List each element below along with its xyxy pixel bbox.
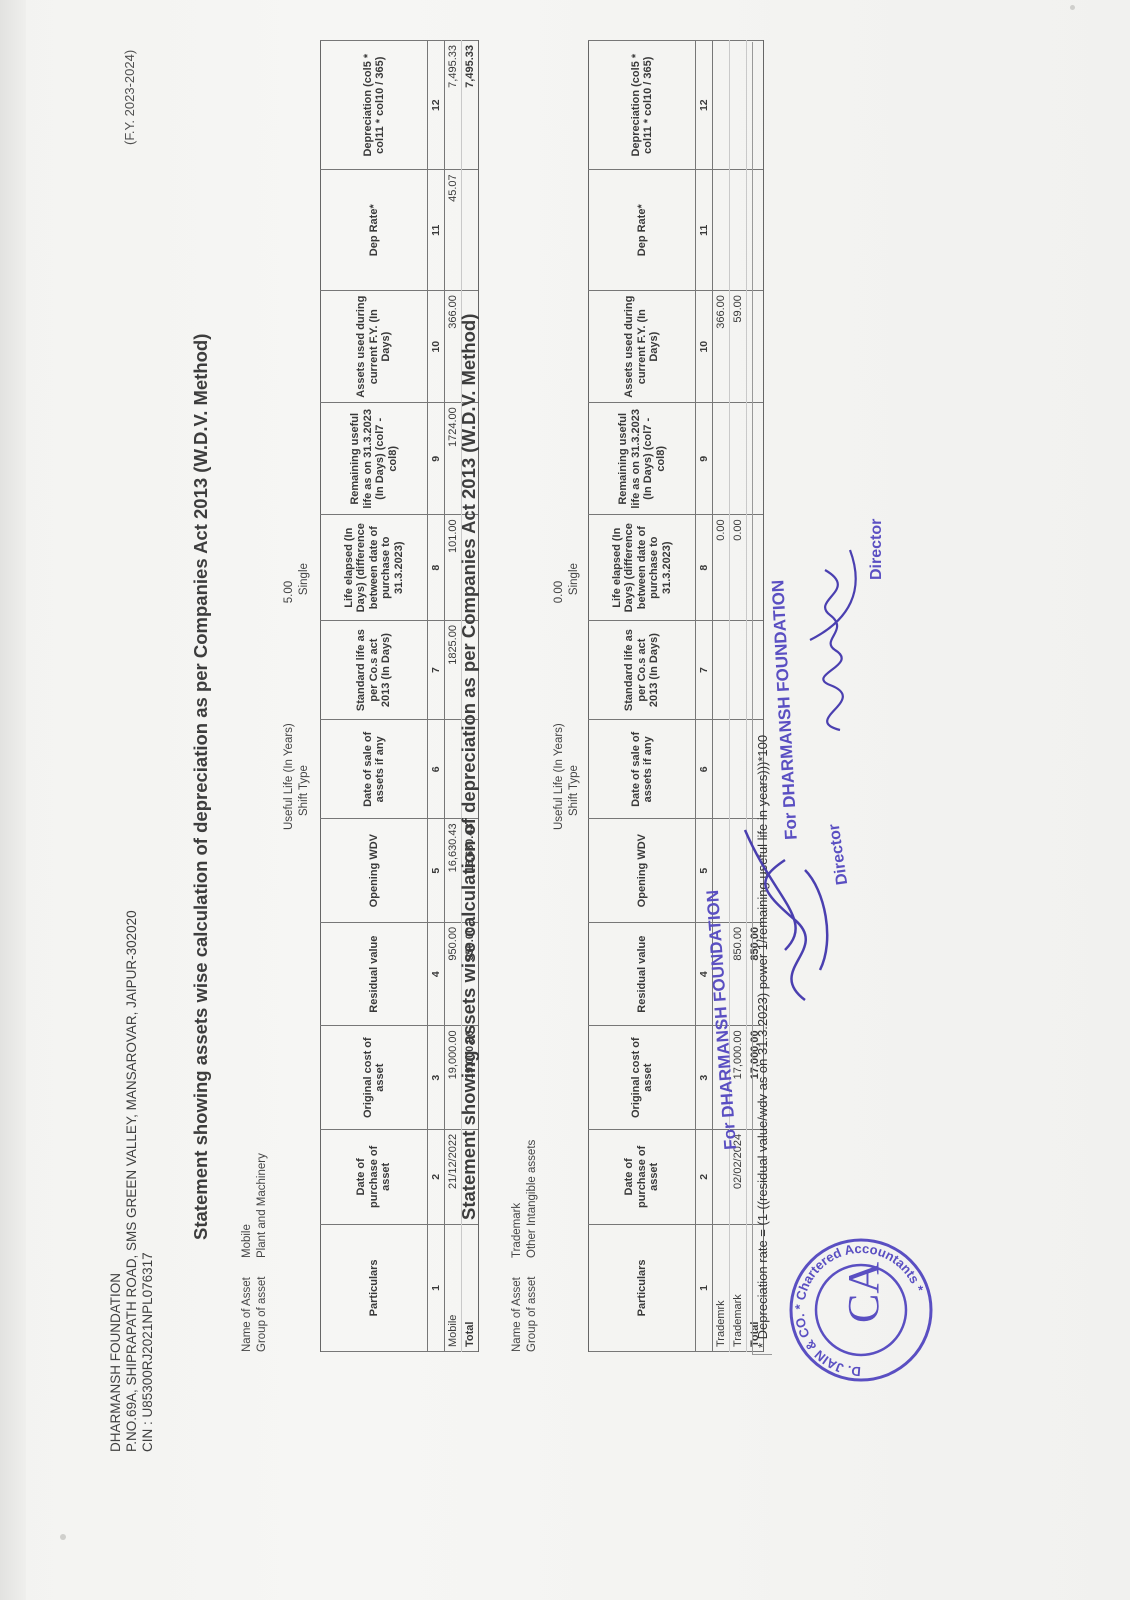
company-address: P.NO.69A, SHIPRAPATH ROAD, SMS GREEN VAL… (124, 910, 140, 1452)
name-of-asset-value: Trademark (511, 1203, 523, 1258)
table-cell (730, 41, 747, 170)
group-of-asset-label: Group of asset (525, 1258, 540, 1352)
asset-meta-1: Name of AssetMobile Group of assetPlant … (240, 1153, 270, 1352)
column-header: Standard life as per Co.s act 2013 (In D… (589, 621, 696, 720)
group-of-asset-label: Group of asset (255, 1258, 270, 1352)
column-header: Date of sale of assets if any (321, 720, 428, 819)
column-header: Assets used during current F.Y. (In Days… (321, 291, 428, 403)
table-cell (713, 403, 730, 515)
asset-meta-2: Name of AssetTrademark Group of assetOth… (510, 1140, 540, 1352)
column-header: Original cost of asset (589, 1026, 696, 1130)
column-header: Standard life as per Co.s act 2013 (In D… (321, 621, 428, 720)
director-signature-1 (735, 820, 845, 1010)
auditor-stamp-icon: D. JAIN & CO. * Chartered Accountants * … (786, 1235, 936, 1385)
useful-life-value: 0.00 (553, 581, 565, 603)
table-cell: 0.00 (730, 515, 747, 621)
useful-life-meta-2: Useful Life (In Years)0.00 Shift TypeSin… (552, 563, 582, 830)
useful-life-value: 5.00 (283, 581, 295, 603)
column-number: 2 (696, 1129, 713, 1224)
column-number: 5 (428, 819, 445, 923)
useful-life-label: Useful Life (In Years) (553, 723, 565, 830)
column-number: 4 (428, 922, 445, 1026)
column-number: 10 (696, 291, 713, 403)
column-number: 8 (428, 515, 445, 621)
column-number: 9 (428, 403, 445, 515)
column-header: Dep Rate* (321, 170, 428, 291)
shift-type-label: Shift Type (568, 765, 580, 816)
depreciation-rate-footnote: * Depreciation rate = (1-((residual valu… (752, 42, 772, 1355)
column-number: 12 (428, 41, 445, 170)
table-row: Trademark02/02/202417,000.00850.000.0059… (730, 41, 747, 1352)
company-cin: CIN : U85300RJ2021NPL076317 (140, 910, 156, 1452)
table-cell (730, 403, 747, 515)
svg-text:CA: CA (839, 1262, 888, 1323)
column-number: 11 (696, 170, 713, 291)
column-header: Assets used during current F.Y. (In Days… (589, 291, 696, 403)
statement-title-2: Statement showing assets wise calculatio… (458, 314, 480, 1220)
table-cell (730, 621, 747, 720)
shift-type-value: Single (298, 563, 310, 595)
column-header: Residual value (321, 922, 428, 1026)
table-cell (713, 720, 730, 819)
useful-life-label: Useful Life (In Years) (283, 723, 295, 830)
scan-edge (0, 0, 26, 1600)
column-header: Depreciation (col5 * col11 * col10 / 365… (589, 41, 696, 170)
name-of-asset-label: Name of Asset (510, 1258, 525, 1352)
shift-type-label: Shift Type (298, 765, 310, 816)
table-cell: Mobile (445, 1224, 462, 1351)
scan-speck (60, 1534, 66, 1540)
group-of-asset-value: Other Intangible assets (526, 1140, 538, 1258)
column-number: 6 (428, 720, 445, 819)
column-number: 7 (428, 621, 445, 720)
total-cell: Total (462, 1224, 479, 1351)
table-header-row: ParticularsDate of purchase of assetOrig… (321, 41, 428, 1352)
column-header: Dep Rate* (589, 170, 696, 291)
name-of-asset-value: Mobile (241, 1224, 253, 1258)
name-of-asset-label: Name of Asset (240, 1258, 255, 1352)
column-header: Life elapsed (In Days) (difference betwe… (589, 515, 696, 621)
column-header: Date of purchase of asset (321, 1129, 428, 1224)
useful-life-meta-1: Useful Life (In Years)5.00 Shift TypeSin… (282, 563, 312, 830)
column-number: 10 (428, 291, 445, 403)
column-header: Depreciation (col5 * col11 * col10 / 365… (321, 41, 428, 170)
column-header: Remaining useful life as on 31.3.2023 (I… (589, 403, 696, 515)
table-cell: 7,495.33 (445, 41, 462, 170)
table-cell (713, 170, 730, 291)
column-number-row: 123456789101112 (428, 41, 445, 1352)
column-header: Particulars (321, 1224, 428, 1351)
column-number: 1 (428, 1224, 445, 1351)
column-number: 9 (696, 403, 713, 515)
column-number: 1 (696, 1224, 713, 1351)
table-cell (713, 621, 730, 720)
column-header: Life elapsed (In Days) (difference betwe… (321, 515, 428, 621)
table-cell: 45.07 (445, 170, 462, 291)
table-cell (713, 41, 730, 170)
column-number: 11 (428, 170, 445, 291)
company-header: DHARMANSH FOUNDATION P.NO.69A, SHIPRAPAT… (108, 910, 156, 1452)
column-header: Remaining useful life as on 31.3.2023 (I… (321, 403, 428, 515)
column-header: Opening WDV (589, 819, 696, 923)
depreciation-table-trademark: ParticularsDate of purchase of assetOrig… (588, 40, 764, 1352)
table-cell (730, 170, 747, 291)
shift-type-value: Single (568, 563, 580, 595)
table-cell: Trademrk (713, 1224, 730, 1351)
column-number-row: 123456789101112 (696, 41, 713, 1352)
director-signature-2 (790, 540, 880, 740)
scan-speck (1070, 5, 1075, 10)
column-number: 12 (696, 41, 713, 170)
table-cell (730, 720, 747, 819)
column-header: Date of purchase of asset (589, 1129, 696, 1224)
column-number: 3 (696, 1026, 713, 1130)
table-cell: 0.00 (713, 515, 730, 621)
table-row: Trademrk0.00366.00 (713, 41, 730, 1352)
financial-year: (F.Y. 2023-2024) (122, 50, 137, 145)
table-cell: 59.00 (730, 291, 747, 403)
company-name: DHARMANSH FOUNDATION (108, 910, 124, 1452)
total-cell (462, 170, 479, 291)
column-header: Particulars (589, 1224, 696, 1351)
table-header-row: ParticularsDate of purchase of assetOrig… (589, 41, 696, 1352)
total-cell: 7,495.33 (462, 41, 479, 170)
scanned-document-page: DHARMANSH FOUNDATION P.NO.69A, SHIPRAPAT… (0, 0, 1130, 1600)
column-header: Original cost of asset (321, 1026, 428, 1130)
depreciation-table-mobile: ParticularsDate of purchase of assetOrig… (320, 40, 479, 1352)
table-cell: 366.00 (713, 291, 730, 403)
column-number: 2 (428, 1129, 445, 1224)
column-number: 7 (696, 621, 713, 720)
column-header: Residual value (589, 922, 696, 1026)
column-number: 6 (696, 720, 713, 819)
statement-title-1: Statement showing assets wise calculatio… (190, 334, 212, 1240)
column-number: 8 (696, 515, 713, 621)
column-header: Opening WDV (321, 819, 428, 923)
table-cell: Trademark (730, 1224, 747, 1351)
column-header: Date of sale of assets if any (589, 720, 696, 819)
group-of-asset-value: Plant and Machinery (256, 1153, 268, 1258)
column-number: 3 (428, 1026, 445, 1130)
